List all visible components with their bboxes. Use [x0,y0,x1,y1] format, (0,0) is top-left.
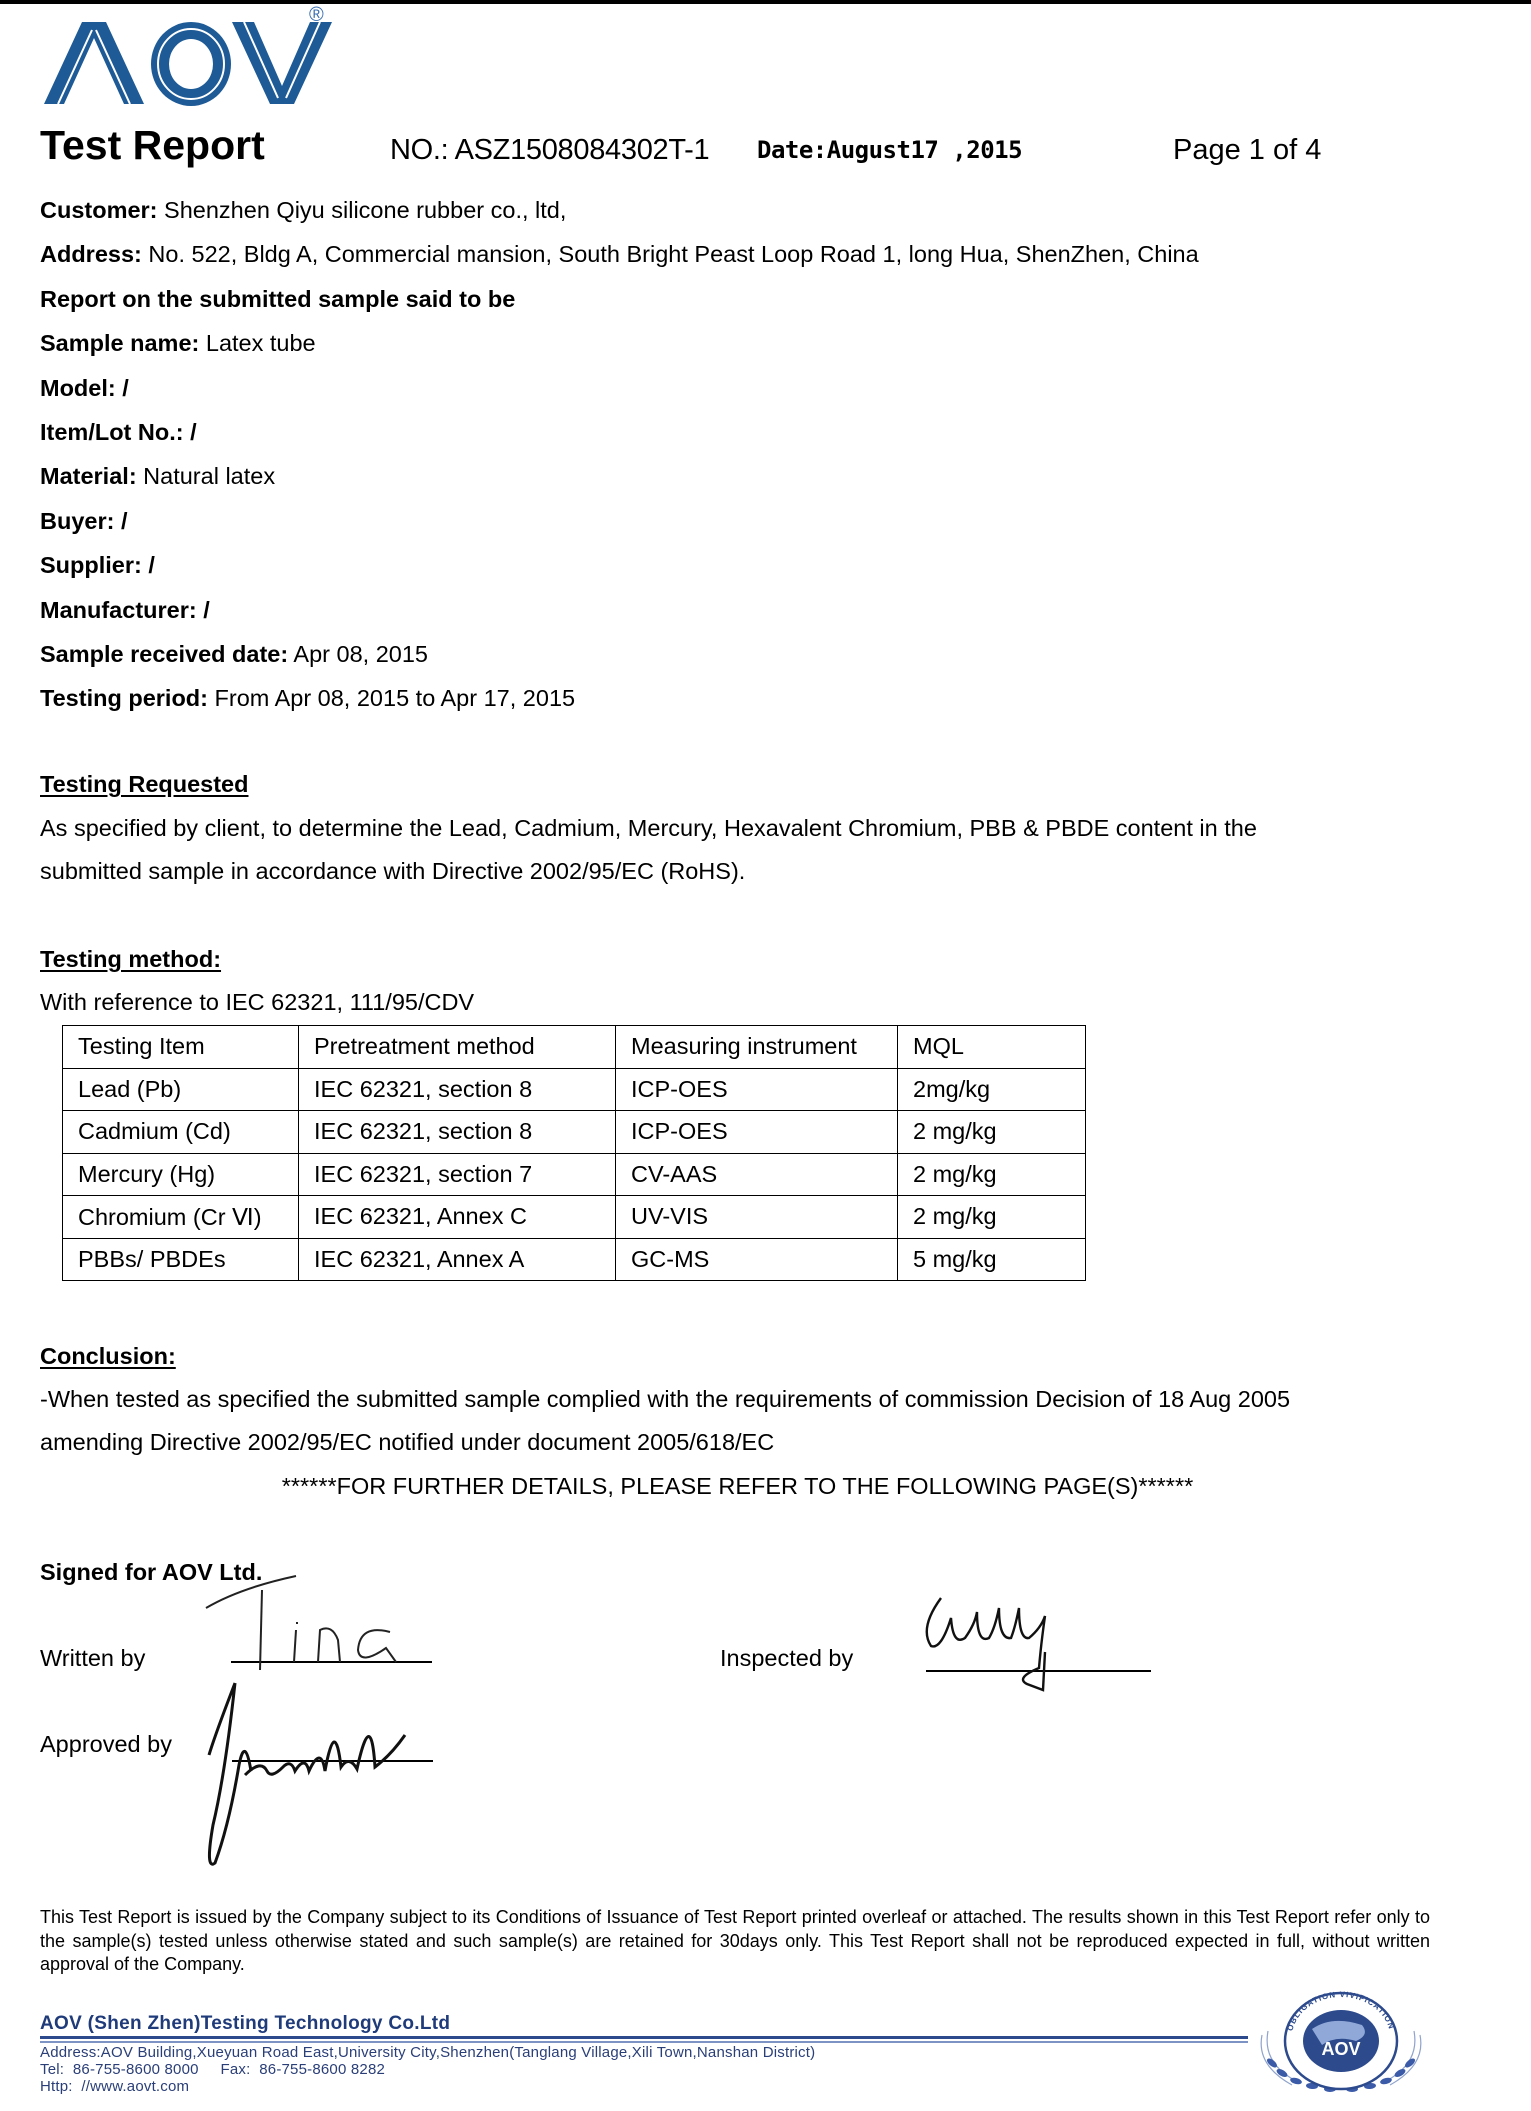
column-header: Testing Item [63,1026,299,1069]
table-cell: 2 mg/kg [898,1111,1086,1154]
info-line: Report on the submitted sample said to b… [40,286,515,313]
table-cell: 2mg/kg [898,1068,1086,1111]
info-label: Report on the submitted sample said to b… [40,286,515,312]
testing-method-table: Testing Item Pretreatment method Measuri… [62,1025,1086,1281]
info-line: Buyer: / [40,508,128,535]
column-header: Pretreatment method [299,1026,616,1069]
written-by-signature [200,1570,440,1680]
info-value: No. 522, Bldg A, Commercial mansion, Sou… [142,241,1199,267]
testing-requested-line: submitted sample in accordance with Dire… [40,858,745,885]
table-cell: IEC 62321, section 7 [299,1153,616,1196]
info-line: Material: Natural latex [40,463,275,490]
conclusion-line: amending Directive 2002/95/EC notified u… [40,1429,774,1456]
aov-logo [44,18,334,108]
column-header: MQL [898,1026,1086,1069]
disclaimer-text: This Test Report is issued by the Compan… [40,1906,1430,1977]
conclusion-line: -When tested as specified the submitted … [40,1386,1290,1413]
footer-website[interactable]: Http: //www.aovt.com [40,2078,189,2095]
info-line: Item/Lot No.: / [40,419,197,446]
report-date: Date:August17 ,2015 [757,136,1022,164]
info-value: Apr 08, 2015 [288,641,428,667]
info-label: Sample received date: [40,641,288,667]
table-cell: PBBs/ PBDEs [63,1238,299,1281]
info-line: Model: / [40,375,129,402]
footer-tel-fax: Tel: 86-755-8600 8000 Fax: 86-755-8600 8… [40,2061,385,2078]
table-cell: Mercury (Hg) [63,1153,299,1196]
testing-requested-line: As specified by client, to determine the… [40,815,1257,842]
column-header: Measuring instrument [616,1026,898,1069]
table-cell: UV-VIS [616,1196,898,1239]
info-label: Item/Lot No.: / [40,419,197,445]
info-label: Supplier: / [40,552,155,578]
table-cell: GC-MS [616,1238,898,1281]
table-cell: CV-AAS [616,1153,898,1196]
aov-seal-icon: AOV OBLIGATION VIVIFICATION [1252,1985,1430,2095]
table-row: PBBs/ PBDEsIEC 62321, Annex AGC-MS5 mg/k… [63,1238,1086,1281]
written-by-label: Written by [40,1645,145,1672]
report-number: NO.: ASZ1508084302T-1 [390,134,709,167]
info-label: Manufacturer: / [40,597,210,623]
info-value: Natural latex [137,463,275,489]
info-line: Testing period: From Apr 08, 2015 to Apr… [40,685,575,712]
testing-method-reference: With reference to IEC 62321, 111/95/CDV [40,989,474,1016]
testing-method-heading: Testing method: [40,946,221,973]
footer-divider [40,2036,1248,2039]
table-row: Mercury (Hg)IEC 62321, section 7CV-AAS2 … [63,1153,1086,1196]
table-cell: IEC 62321, Annex C [299,1196,616,1239]
info-label: Buyer: / [40,508,128,534]
testing-requested-heading: Testing Requested [40,771,248,798]
info-label: Customer: [40,197,158,223]
document-title: Test Report [40,122,265,169]
table-row: Lead (Pb)IEC 62321, section 8ICP-OES2mg/… [63,1068,1086,1111]
info-line: Customer: Shenzhen Qiyu silicone rubber … [40,197,566,224]
top-border [0,0,1531,4]
table-cell: 5 mg/kg [898,1238,1086,1281]
info-label: Testing period: [40,685,208,711]
table-cell: Cadmium (Cd) [63,1111,299,1154]
table-cell: 2 mg/kg [898,1153,1086,1196]
approved-by-signature [195,1675,465,1875]
footer-divider [40,2041,1248,2043]
info-line: Sample received date: Apr 08, 2015 [40,641,428,668]
table-cell: IEC 62321, section 8 [299,1111,616,1154]
info-label: Material: [40,463,137,489]
table-cell: IEC 62321, section 8 [299,1068,616,1111]
table-cell: IEC 62321, Annex A [299,1238,616,1281]
footer-address: Address:AOV Building,Xueyuan Road East,U… [40,2044,815,2061]
table-cell: 2 mg/kg [898,1196,1086,1239]
further-details-note: ******FOR FURTHER DETAILS, PLEASE REFER … [0,1473,1475,1500]
info-line: Manufacturer: / [40,597,210,624]
table-cell: Lead (Pb) [63,1068,299,1111]
table-cell: ICP-OES [616,1111,898,1154]
table-row: Chromium (Cr Ⅵ)IEC 62321, Annex CUV-VIS2… [63,1196,1086,1239]
info-line: Supplier: / [40,552,155,579]
table-row: Cadmium (Cd)IEC 62321, section 8ICP-OES2… [63,1111,1086,1154]
info-label: Sample name: [40,330,199,356]
info-label: Address: [40,241,142,267]
info-value: Shenzhen Qiyu silicone rubber co., ltd, [158,197,567,223]
info-label: Model: / [40,375,129,401]
conclusion-heading: Conclusion: [40,1343,176,1370]
table-cell: Chromium (Cr Ⅵ) [63,1196,299,1239]
inspected-by-signature [915,1588,1125,1698]
table-cell: ICP-OES [616,1068,898,1111]
svg-text:AOV: AOV [1321,2039,1360,2059]
inspected-by-label: Inspected by [720,1645,853,1672]
table-header-row: Testing Item Pretreatment method Measuri… [63,1026,1086,1069]
info-value: From Apr 08, 2015 to Apr 17, 2015 [208,685,575,711]
info-value: Latex tube [199,330,315,356]
info-line: Address: No. 522, Bldg A, Commercial man… [40,241,1199,268]
registered-mark-icon: ® [309,4,324,27]
info-line: Sample name: Latex tube [40,330,316,357]
approved-by-label: Approved by [40,1731,172,1758]
footer-company-name: AOV (Shen Zhen)Testing Technology Co.Ltd [40,2013,450,2035]
page-number: Page 1 of 4 [1173,134,1321,167]
